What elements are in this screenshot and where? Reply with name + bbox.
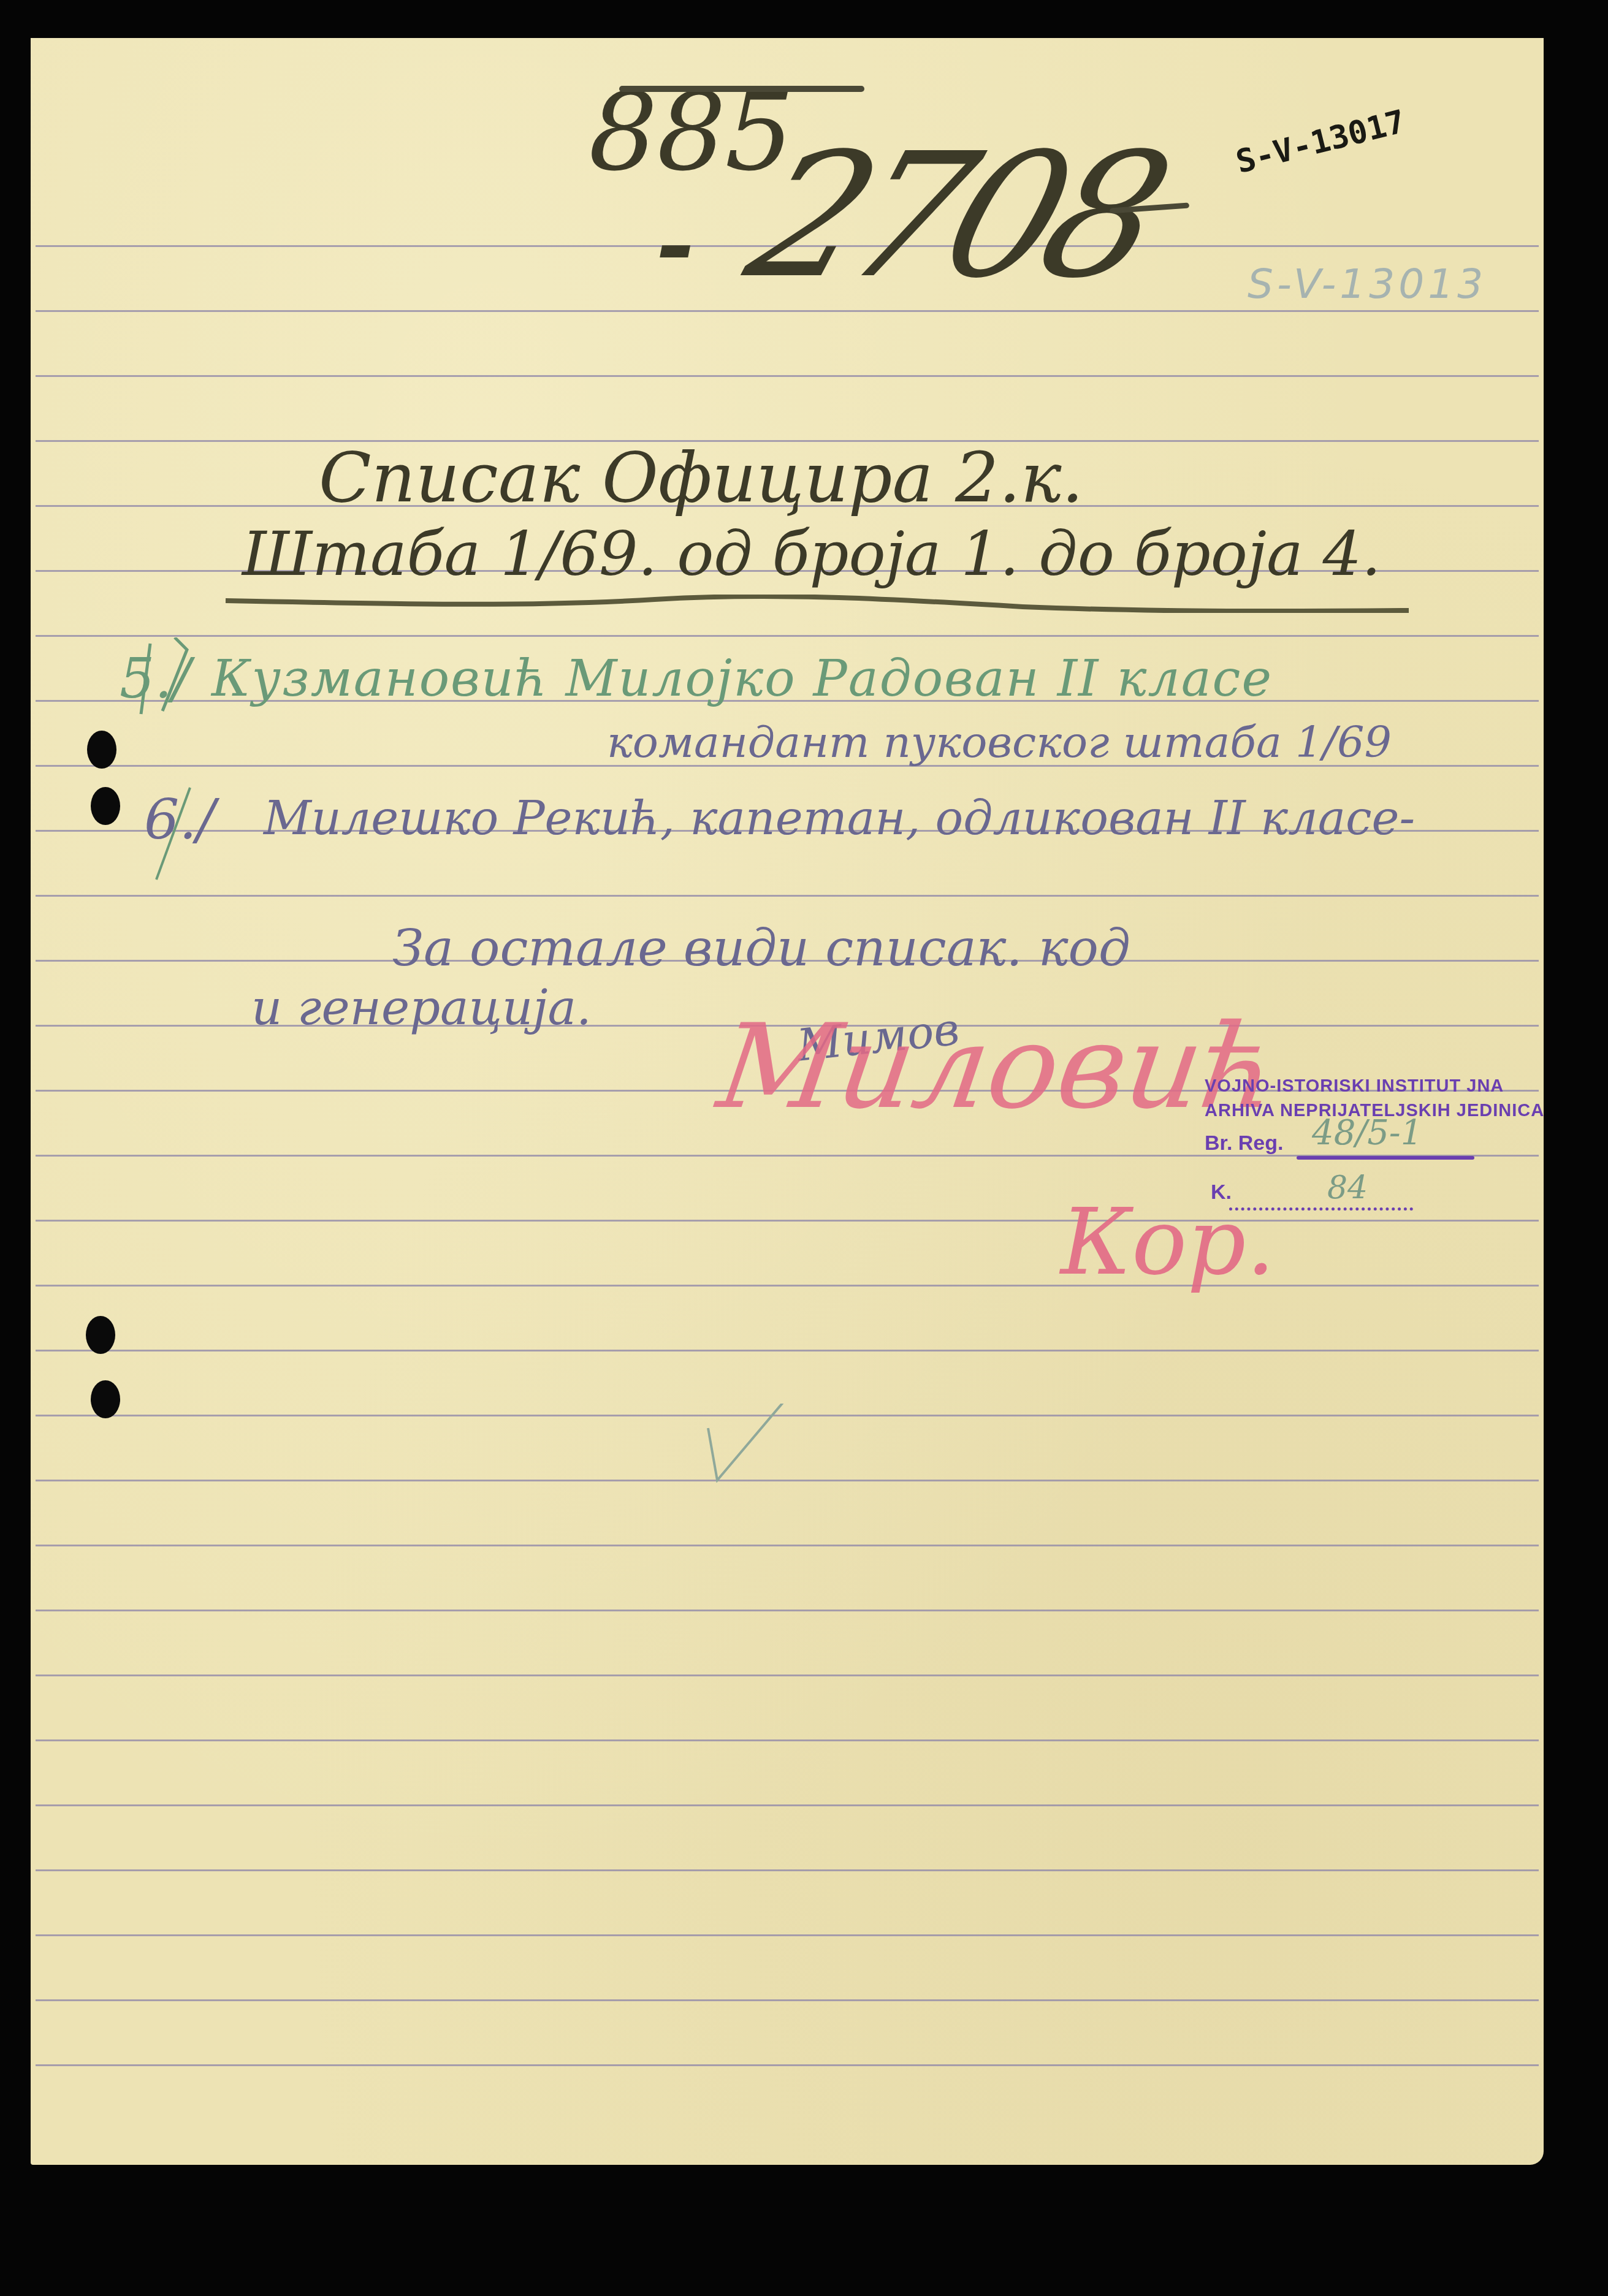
ruled-line: [36, 1804, 1539, 1806]
title-line-1: Списак Официра 2.к.: [319, 438, 1083, 518]
ruled-line: [36, 1674, 1539, 1676]
ruled-line: [36, 1934, 1539, 1936]
punch-hole: [86, 1316, 115, 1354]
stamp-k-value: 84: [1327, 1169, 1368, 1206]
dash-prefix: -: [656, 190, 694, 298]
stamp-k-label: K.: [1205, 1180, 1232, 1204]
stamp-reg-label: Br. Reg.: [1205, 1131, 1283, 1155]
entry-5-subtext: командант пуковског штаба 1/69: [607, 717, 1392, 767]
stamp-reg-row: Br. Reg. 48/5-1: [1205, 1131, 1493, 1168]
title-underline: [226, 595, 1409, 613]
ruled-line: [36, 2064, 1539, 2066]
overline-stroke: [619, 86, 864, 92]
note-line-1: За остале види списак. код: [392, 919, 1130, 978]
ruled-line: [36, 1285, 1539, 1287]
ruled-line: [36, 1999, 1539, 2001]
stamp-k-underline: [1229, 1205, 1413, 1211]
ruled-line: [36, 635, 1539, 637]
entry-6-green-stroke: [147, 785, 202, 883]
archive-signature-pencil: S-V-13013: [1248, 260, 1487, 308]
ruled-line: [36, 1869, 1539, 1871]
ruled-line: [36, 375, 1539, 377]
stamp-reg-underline: [1297, 1156, 1474, 1160]
title-line-2: Штаба 1/69. од броја 1. до броја 4.: [242, 518, 1381, 590]
ruled-line: [36, 1610, 1539, 1611]
stamp-reg-value: 48/5-1: [1312, 1113, 1422, 1153]
punch-hole: [91, 787, 120, 825]
file-number-large: 2708: [728, 116, 1181, 316]
punch-hole: [87, 731, 116, 769]
entry-6-text: Милешко Рекић, капетан, одликован II кла…: [264, 791, 1415, 845]
ruled-line: [36, 1350, 1539, 1351]
note-line-2: и генерација.: [251, 981, 592, 1036]
green-check-icon: [705, 1404, 791, 1489]
archive-registration-stamp: VOJNO-ISTORISKI INSTITUT JNA ARHIVA NEPR…: [1205, 1074, 1493, 1217]
ruled-line: [36, 895, 1539, 897]
punch-hole: [91, 1380, 120, 1418]
red-signature: Миловић: [711, 999, 1286, 1135]
stamp-institute-line: VOJNO-ISTORISKI INSTITUT JNA: [1205, 1074, 1493, 1098]
ruled-line: [36, 1220, 1539, 1222]
ruled-line: [36, 1545, 1539, 1546]
entry-5-text: Кузмановић Милојко Радован II класе: [211, 650, 1273, 708]
ruled-line: [36, 1739, 1539, 1741]
stamp-k-row: K. 84: [1205, 1180, 1493, 1217]
entry-5-number: 5./: [120, 647, 191, 711]
